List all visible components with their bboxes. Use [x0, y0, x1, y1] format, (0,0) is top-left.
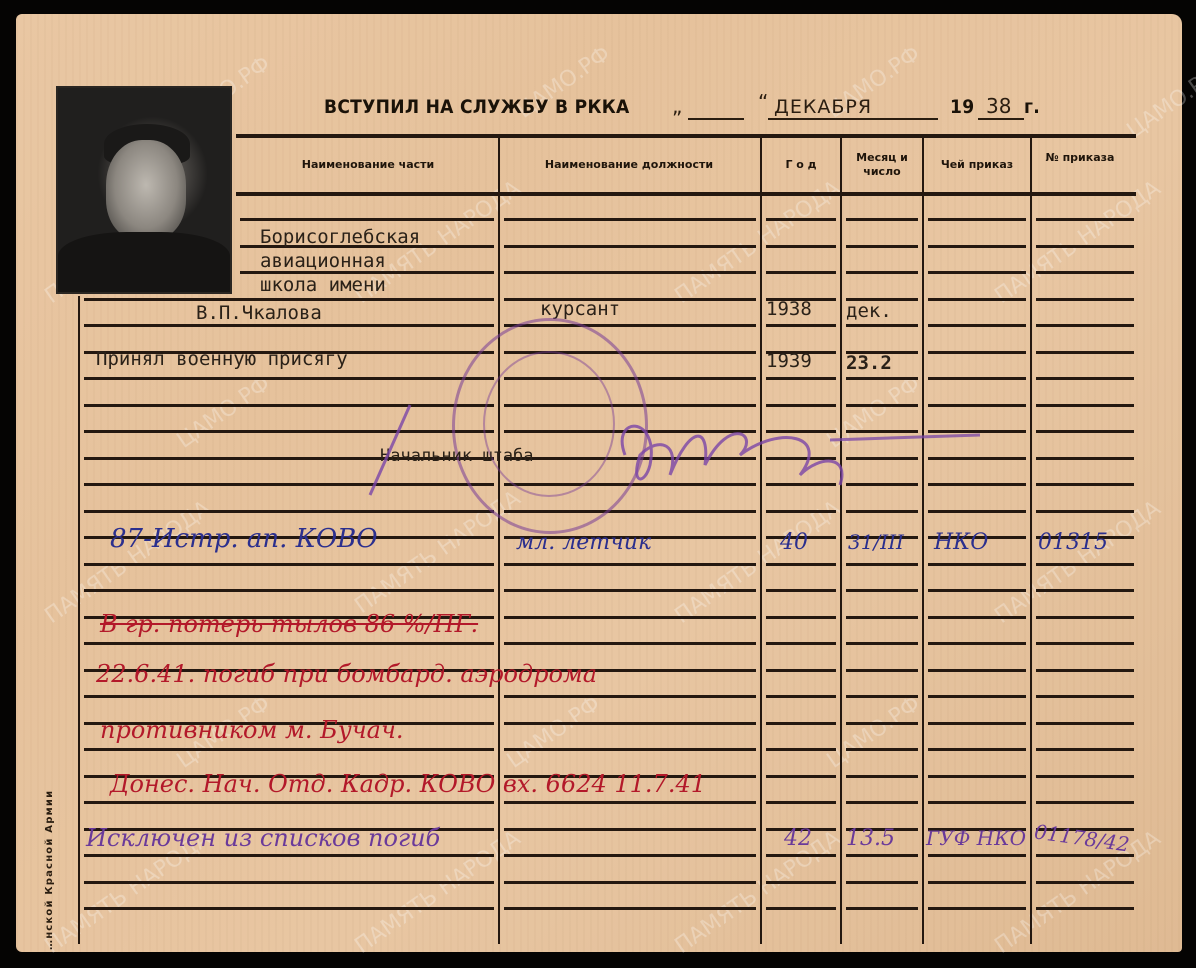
ruled-line: [504, 589, 756, 592]
day-blank: [688, 118, 744, 120]
ruled-line: [1036, 483, 1134, 486]
ruled-line: [1036, 616, 1134, 619]
ruled-line: [766, 881, 836, 884]
ruled-line: [766, 907, 836, 910]
ruled-line: [504, 881, 756, 884]
unit-line: авиационная: [260, 250, 386, 272]
col-divider: [922, 138, 924, 944]
ruled-line: [1036, 298, 1134, 301]
ruled-line: [504, 722, 756, 725]
ruled-line: [504, 563, 756, 566]
ruled-line: [928, 245, 1026, 248]
column-header-whose-order: Чей приказ: [924, 158, 1030, 172]
col-divider: [760, 138, 762, 944]
year-unit: г.: [1024, 96, 1040, 118]
ruled-line: [928, 589, 1026, 592]
photo-uniform: [58, 232, 230, 292]
ruled-line: [504, 616, 756, 619]
ruled-line: [766, 722, 836, 725]
side-caption: …нской Красной Армии: [44, 790, 55, 950]
ruled-line: [84, 563, 494, 566]
col-divider: [840, 138, 842, 944]
year-value: 1938: [766, 298, 812, 320]
ruled-line: [84, 748, 494, 751]
year-value: 1939: [766, 350, 812, 372]
day-open-quote: „: [672, 94, 682, 118]
year-prefix: 19: [950, 96, 974, 118]
ruled-line: [928, 616, 1026, 619]
ruled-line: [240, 218, 494, 221]
column-header-position: Наименование должности: [500, 158, 758, 172]
ruled-line: [504, 748, 756, 751]
ruled-line: [928, 881, 1026, 884]
ruled-line: [766, 854, 836, 857]
ruled-line: [1036, 748, 1134, 751]
ruled-line: [766, 271, 836, 274]
whose-order-handwritten: ГУФ НКО: [926, 826, 1026, 850]
ruled-line: [1036, 722, 1134, 725]
ruled-line: [846, 801, 918, 804]
ruled-line: [1036, 404, 1134, 407]
ruled-line: [1036, 642, 1134, 645]
ruled-line: [504, 271, 756, 274]
ruled-line: [928, 722, 1026, 725]
col-divider: [1030, 138, 1032, 944]
record-heading: ВСТУПИЛ НА СЛУЖБУ В РККА: [324, 96, 630, 118]
unit-line: школа имени: [260, 274, 386, 296]
year-handwritten: 40: [780, 530, 808, 555]
ruled-line: [928, 854, 1026, 857]
ruled-line: [928, 695, 1026, 698]
death-note: 22.6.41. погиб при бомбард. аэродрома: [96, 660, 597, 688]
ruled-line: [846, 695, 918, 698]
unit-handwritten: 87-Истр. ап. КОВО: [110, 524, 378, 554]
ruled-line: [928, 510, 1026, 513]
ruled-line: [928, 324, 1026, 327]
position-handwritten: мл. летчик: [516, 530, 651, 555]
ruled-line: [1036, 245, 1134, 248]
ruled-line: [928, 351, 1026, 354]
ruled-line: [766, 775, 836, 778]
ruled-line: [928, 748, 1026, 751]
ruled-line: [846, 775, 918, 778]
ruled-line: [846, 881, 918, 884]
ruled-line: [84, 907, 494, 910]
ruled-line: [766, 616, 836, 619]
column-header-year: Г о д: [762, 158, 840, 172]
ruled-line: [846, 589, 918, 592]
ruled-line: [504, 695, 756, 698]
report-reference: Донес. Нач. Отд. Кадр. КОВО вх. 6624 11.…: [110, 770, 706, 798]
ruled-line: [766, 669, 836, 672]
ruled-line: [84, 801, 494, 804]
month-blank: [768, 118, 938, 120]
column-header-unit: Наименование части: [240, 158, 496, 172]
ruled-line: [1036, 589, 1134, 592]
ruled-line: [504, 801, 756, 804]
ruled-line: [1036, 271, 1134, 274]
ruled-line: [84, 695, 494, 698]
ruled-line: [928, 298, 1026, 301]
ruled-line: [1036, 563, 1134, 566]
ruled-line: [766, 801, 836, 804]
ruled-line: [504, 828, 756, 831]
ruled-line: [846, 854, 918, 857]
ruled-line: [84, 324, 494, 327]
ruled-line: [1036, 510, 1134, 513]
unit-line: Борисоглебская: [260, 226, 420, 248]
ruled-line: [846, 642, 918, 645]
ruled-line: [846, 324, 918, 327]
ruled-line: [504, 854, 756, 857]
ruled-line: [846, 563, 918, 566]
ruled-line: [84, 377, 494, 380]
ruled-line: [84, 881, 494, 884]
ruled-line: [84, 298, 494, 301]
ruled-line: [766, 642, 836, 645]
ruled-line: [846, 510, 918, 513]
ruled-line: [766, 218, 836, 221]
ruled-line: [766, 510, 836, 513]
col-divider: [498, 138, 500, 944]
ruled-line: [928, 642, 1026, 645]
ruled-line: [84, 854, 494, 857]
month-day-value: дек.: [846, 300, 892, 322]
ruled-line: [84, 510, 494, 513]
ruled-line: [846, 218, 918, 221]
ruled-line: [1036, 457, 1134, 460]
ruled-line: [504, 245, 756, 248]
ruled-line: [504, 907, 756, 910]
ruled-line: [1036, 351, 1134, 354]
ruled-line: [504, 642, 756, 645]
ruled-line: [928, 563, 1026, 566]
ruled-line: [928, 907, 1026, 910]
month-day-value: 23.2: [846, 352, 892, 374]
ruled-line: [846, 616, 918, 619]
table-top-rule: [236, 134, 1136, 138]
ruled-line: [766, 245, 836, 248]
ruled-line: [1036, 669, 1134, 672]
order-number-handwritten: 01315: [1038, 530, 1108, 555]
header-bottom-rule: [236, 192, 1136, 196]
signature-scribble: [360, 395, 1000, 505]
unit-line: В.П.Чкалова: [196, 302, 322, 324]
ruled-line: [1036, 324, 1134, 327]
ruled-line: [928, 377, 1026, 380]
portrait-photo: [56, 86, 232, 294]
oath-entry: Принял военную присягу: [96, 348, 348, 370]
ruled-line: [846, 669, 918, 672]
month-value: ДЕКАБРЯ: [774, 96, 872, 118]
ruled-line: [1036, 775, 1134, 778]
ruled-line: [1036, 218, 1134, 221]
ruled-line: [846, 907, 918, 910]
ruled-line: [846, 245, 918, 248]
year-blank: [978, 118, 1024, 120]
ruled-line: [84, 642, 494, 645]
ruled-line: [1036, 801, 1134, 804]
ruled-line: [1036, 881, 1134, 884]
ruled-line: [766, 563, 836, 566]
ruled-line: [928, 669, 1026, 672]
ruled-line: [1036, 695, 1134, 698]
death-note-continued: противником м. Бучач.: [100, 716, 404, 744]
column-header-order-number: № приказа: [1040, 151, 1120, 165]
month-day-handwritten: 31/III: [848, 530, 904, 554]
exclusion-entry: Исключен из списков погиб: [86, 824, 440, 852]
whose-order-handwritten: НКО: [934, 530, 988, 555]
year-handwritten: 42: [784, 826, 812, 851]
day-close-quote: “: [758, 90, 768, 114]
ruled-line: [84, 589, 494, 592]
ruled-line: [1036, 377, 1134, 380]
position-value: курсант: [540, 298, 620, 320]
crossed-out-entry: В гр. потерь тылов 86 %/ПГ.: [100, 610, 478, 638]
ruled-line: [846, 271, 918, 274]
ruled-line: [766, 589, 836, 592]
ruled-line: [1036, 907, 1134, 910]
photo-face: [106, 140, 186, 240]
left-margin-line: [78, 296, 80, 944]
ruled-line: [766, 377, 836, 380]
ruled-line: [504, 218, 756, 221]
ruled-line: [766, 695, 836, 698]
ruled-line: [766, 748, 836, 751]
ruled-line: [1036, 430, 1134, 433]
year-value: 38: [986, 94, 1011, 118]
ruled-line: [928, 218, 1026, 221]
column-header-month-day: Месяц и число: [850, 151, 914, 179]
ruled-line: [928, 271, 1026, 274]
ruled-line: [928, 775, 1026, 778]
ruled-line: [846, 722, 918, 725]
ruled-line: [846, 748, 918, 751]
ruled-line: [928, 801, 1026, 804]
ruled-line: [846, 377, 918, 380]
ruled-line: [766, 324, 836, 327]
month-day-handwritten: 13.5: [846, 826, 895, 851]
